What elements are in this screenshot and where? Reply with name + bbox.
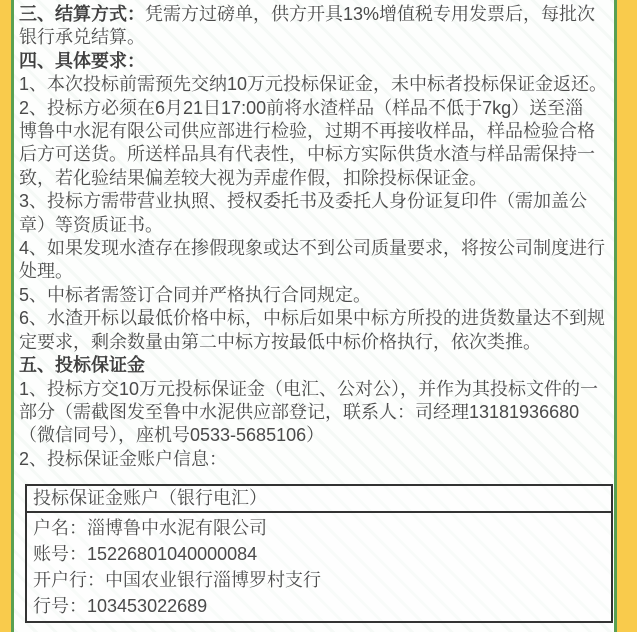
text-line: 部分（需截图发至鲁中水泥供应部登记，联系人：司经理13181936680 xyxy=(14,401,614,424)
text-line: 致，若化验结果偏差较大视为弄虚作假，扣除投标保证金。 xyxy=(14,167,614,190)
text-line: 五、投标保证金 xyxy=(14,354,614,377)
text-line: 3、投标方需带营业执照、授权委托书及委托人身份证复印件（需加盖公 xyxy=(14,190,614,213)
text-line: 定要求，剩余数量由第二中标方按最低中标价格执行，依次类推。 xyxy=(14,331,614,354)
text-line: 2、投标方必须在6月21日17:00前将水渣样品（样品不低于7kg）送至淄 xyxy=(14,97,614,120)
left-yellow-border xyxy=(0,0,11,632)
text-line: 1、本次投标前需预先交纳10万元投标保证金，未中标者投标保证金返还。 xyxy=(14,73,614,96)
text-line: 处理。 xyxy=(14,260,614,283)
text-line: 4、如果发现水渣存在掺假现象或达不到公司质量要求，将按公司制度进行 xyxy=(14,237,614,260)
text-line: 四、具体要求： xyxy=(14,50,614,73)
deposit-account-table-header: 投标保证金账户（银行电汇） xyxy=(27,486,611,513)
text-line: 6、水渣开标以最低价格中标，中标后如果中标方所投的进货数量达不到规 xyxy=(14,307,614,330)
text-line: 银行承兑结算。 xyxy=(14,26,614,49)
text-line: （微信同号），座机号0533-5685106） xyxy=(14,424,614,447)
deposit-account-table: 投标保证金账户（银行电汇） 户名：淄博鲁中水泥有限公司账号：1522680104… xyxy=(25,484,613,623)
text-line: 5、中标者需签订合同并严格执行合同规定。 xyxy=(14,284,614,307)
section-heading: 四、具体要求： xyxy=(19,51,145,71)
account-table-row: 行号：103453022689 xyxy=(27,594,611,620)
account-table-row: 开户行：中国农业银行淄博罗村支行 xyxy=(27,568,611,594)
account-table-row: 户名：淄博鲁中水泥有限公司 xyxy=(27,516,611,542)
right-yellow-border xyxy=(617,0,637,632)
text-line: 2、投标保证金账户信息： xyxy=(14,448,614,471)
section-heading: 三、结算方式： xyxy=(19,4,145,24)
text-line: 章）等资质证书。 xyxy=(14,214,614,237)
account-table-row: 账号：15226801040000084 xyxy=(27,542,611,568)
document-body: 三、结算方式：凭需方过磅单，供方开具13%增值税专用发票后，每批次银行承兑结算。… xyxy=(14,0,614,632)
document-text: 三、结算方式：凭需方过磅单，供方开具13%增值税专用发票后，每批次银行承兑结算。… xyxy=(14,3,614,471)
text-line: 三、结算方式：凭需方过磅单，供方开具13%增值税专用发票后，每批次 xyxy=(14,3,614,26)
text-line: 后方可送货。所送样品具有代表性，中标方实际供货水渣与样品需保持一 xyxy=(14,143,614,166)
deposit-account-table-body: 户名：淄博鲁中水泥有限公司账号：15226801040000084开户行：中国农… xyxy=(27,513,611,621)
text-line: 博鲁中水泥有限公司供应部进行检验，过期不再接收样品，样品检验合格 xyxy=(14,120,614,143)
text-line: 1、投标方交10万元投标保证金（电汇、公对公），并作为其投标文件的一 xyxy=(14,378,614,401)
section-heading: 五、投标保证金 xyxy=(19,355,145,375)
